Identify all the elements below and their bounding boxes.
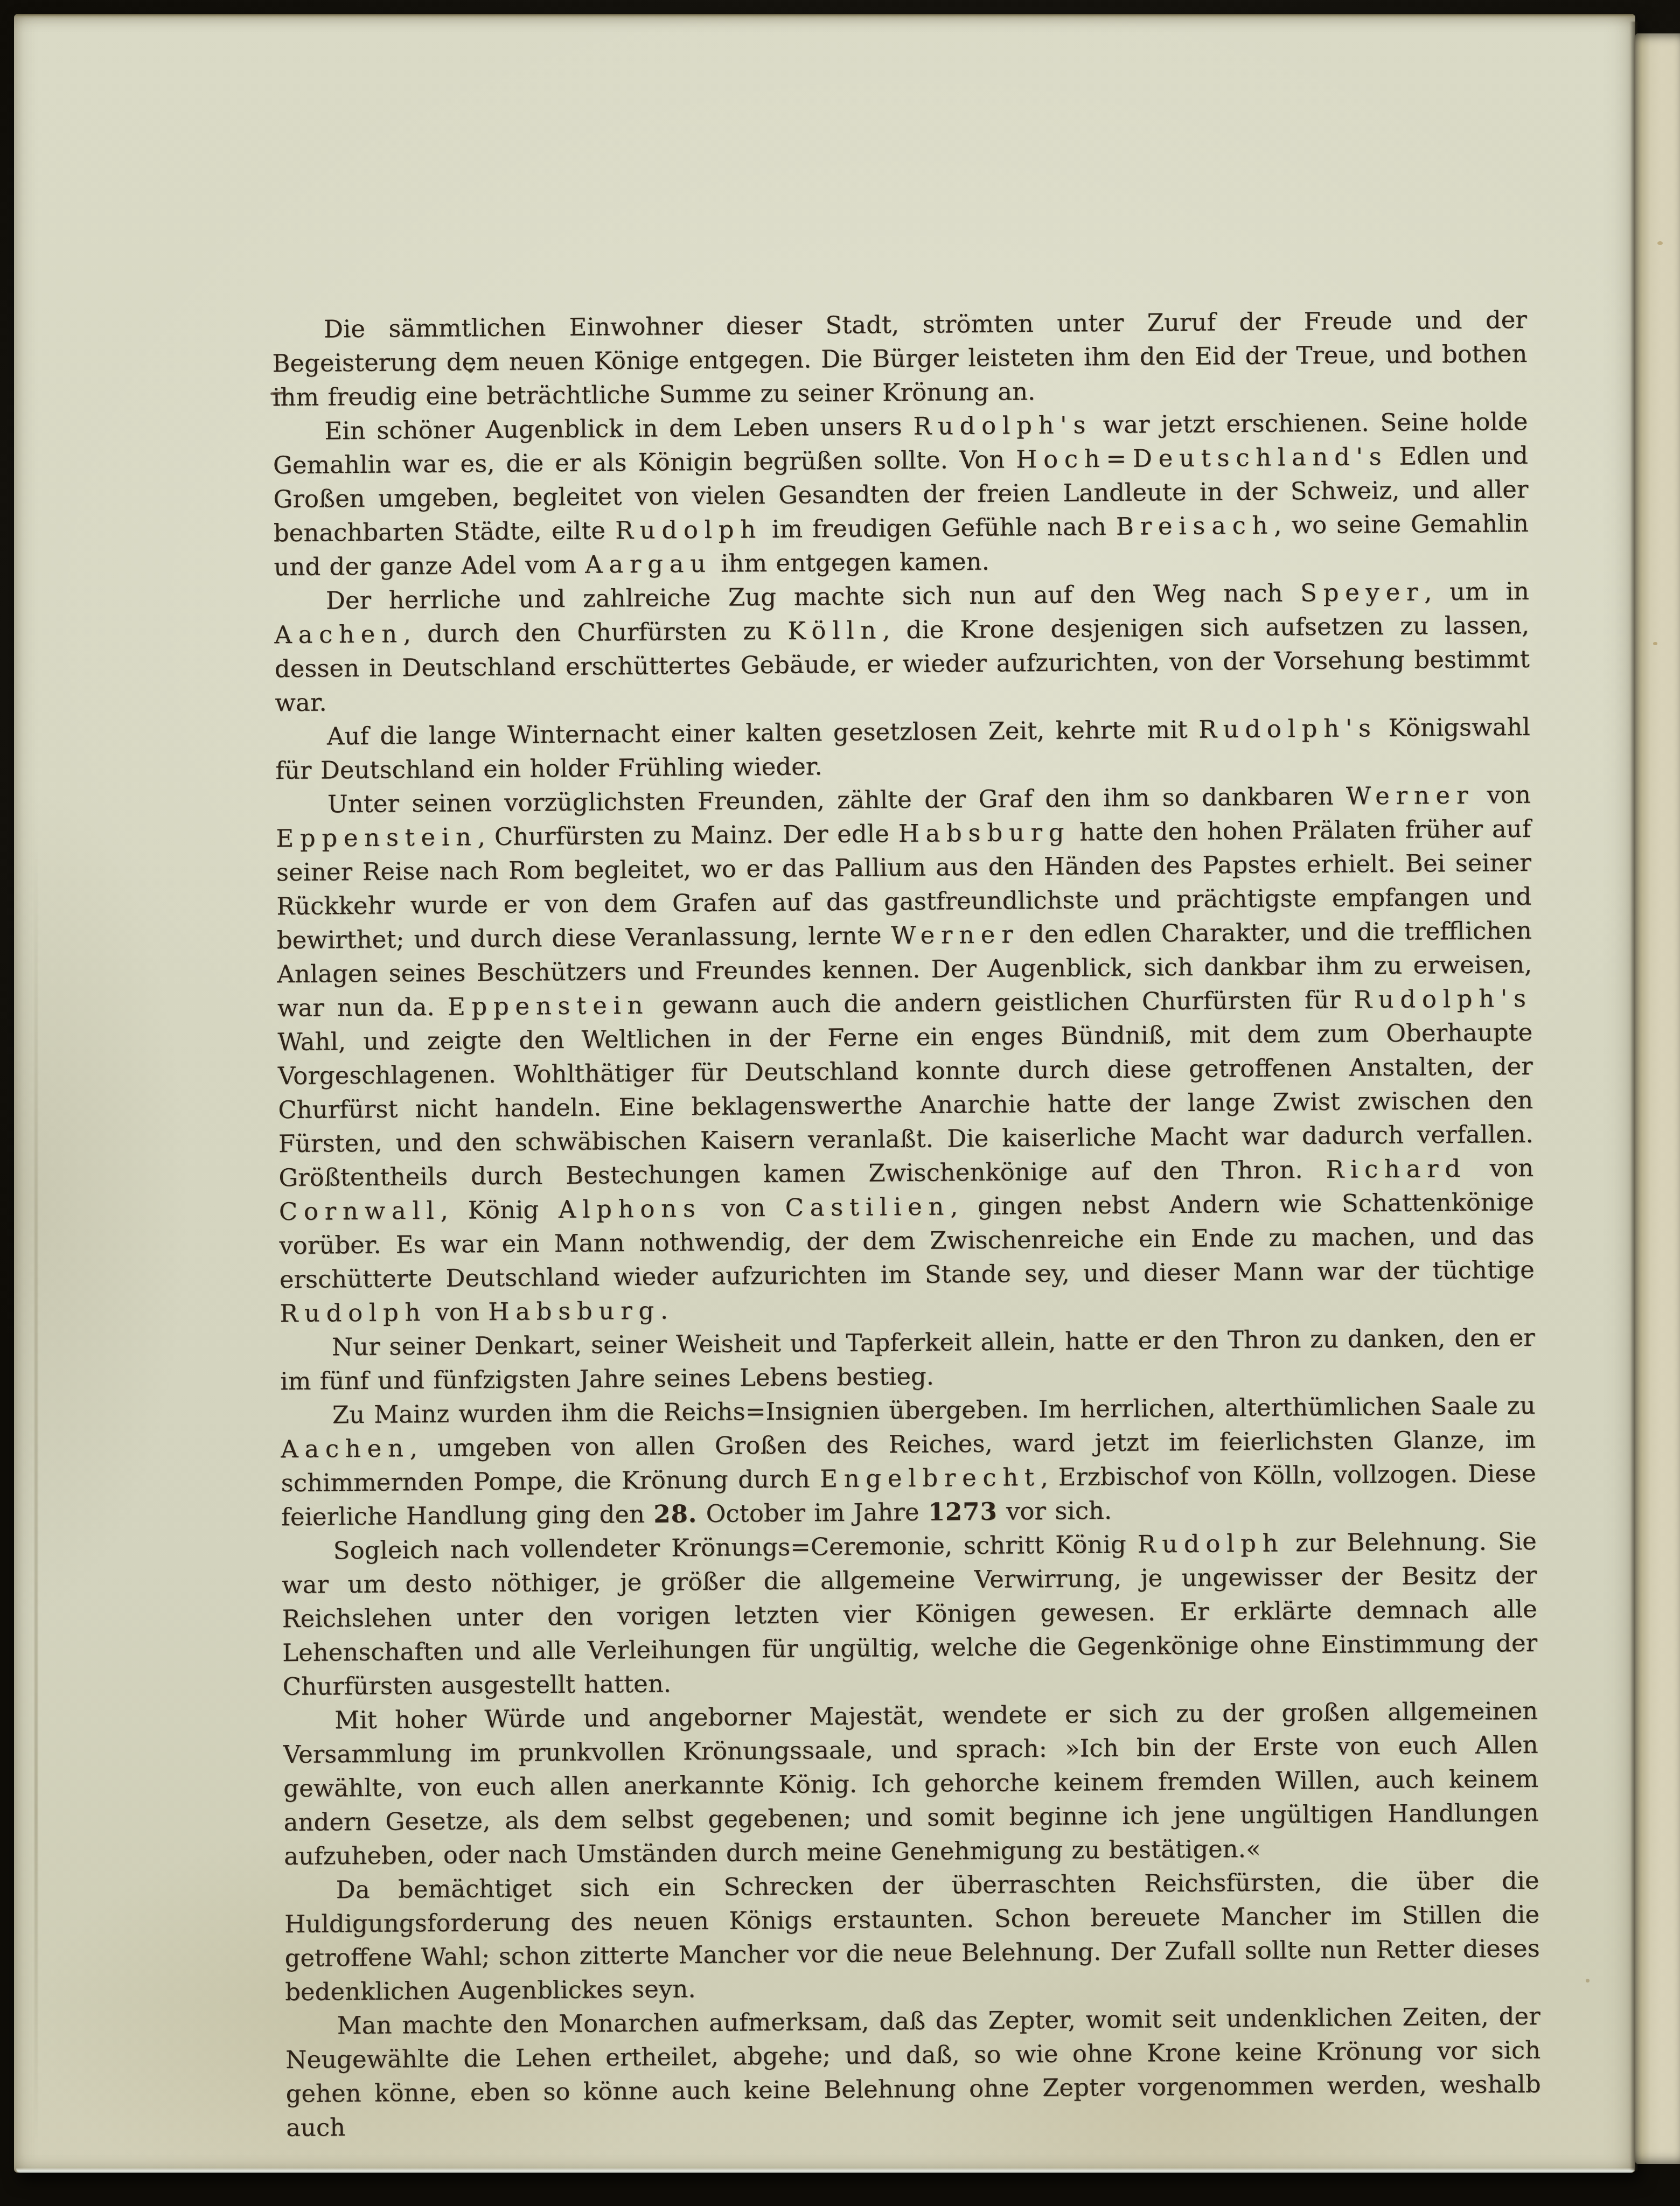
text-run: Sogleich nach vollendeter Krönungs=Cerem…: [333, 1530, 1138, 1565]
text-run: Die sämmtlichen Einwohner dieser Stadt, …: [272, 305, 1527, 411]
spaced-proper-name: Rudolph's: [1354, 984, 1532, 1014]
spaced-proper-name: Habsburg: [898, 818, 1070, 848]
text-run: , König: [440, 1195, 559, 1225]
paragraph: Mit hoher Würde und angeborner Majestät,…: [283, 1694, 1539, 1873]
text-run: von: [1474, 780, 1531, 809]
paper-fleck: [1586, 1979, 1590, 1982]
spaced-proper-name: Alphons: [559, 1194, 702, 1224]
spaced-proper-name: Habsburg: [488, 1296, 660, 1327]
antiqua-number: 1273: [928, 1497, 998, 1526]
spaced-proper-name: Aachen: [281, 1434, 410, 1463]
spaced-proper-name: Eppenstein: [448, 991, 650, 1021]
spaced-proper-name: Breisach: [1116, 511, 1274, 541]
paragraph: Auf die lange Winternacht einer kalten g…: [275, 710, 1531, 787]
text-run: , um in: [1424, 577, 1529, 606]
paragraph: Nur seiner Denkart, seiner Weisheit und …: [280, 1321, 1536, 1398]
paragraph: Man machte den Monarchen aufmerksam, daß…: [285, 1999, 1541, 2145]
spaced-proper-name: Werner: [1346, 781, 1474, 811]
text-run: , durch den Churfürsten zu: [403, 617, 787, 648]
spaced-proper-name: Richard: [1326, 1154, 1467, 1184]
spaced-proper-name: Rudolph: [280, 1298, 427, 1328]
spaced-proper-name: Hoch=Deutschland's: [1016, 442, 1388, 473]
page-crease: [34, 849, 38, 2140]
text-run: , Churfürsten zu Mainz. Der edle: [477, 819, 898, 851]
paragraph: Zu Mainz wurden ihm die Reichs=Insignien…: [281, 1388, 1537, 1534]
spaced-proper-name: Rudolph's: [1198, 714, 1377, 744]
text-run: Da bemächtiget sich ein Schrecken der üb…: [284, 1866, 1540, 2006]
text-run: Ein schöner Augenblick in dem Leben unse…: [324, 412, 913, 445]
antiqua-number: 28.: [653, 1499, 697, 1528]
text-run: Auf die lange Winternacht einer kalten g…: [327, 715, 1199, 751]
paragraph: Ein schöner Augenblick in dem Leben unse…: [273, 404, 1529, 584]
text-run: .: [660, 1296, 668, 1324]
paragraph: Der herrliche und zahlreiche Zug machte …: [274, 574, 1530, 720]
text-run: Zu Mainz wurden ihm die Reichs=Insignien…: [332, 1391, 1536, 1429]
text-run: Nur seiner Denkart, seiner Weisheit und …: [280, 1323, 1535, 1395]
spaced-proper-name: Speyer: [1300, 577, 1424, 607]
text-run: Mit hoher Würde und angeborner Majestät,…: [283, 1697, 1538, 1870]
ink-speck: [468, 368, 473, 373]
text-run: Der herrliche und zahlreiche Zug machte …: [326, 578, 1301, 615]
text-run: von: [701, 1193, 785, 1223]
scan-background: Die sämmtlichen Einwohner dieser Stadt, …: [0, 0, 1680, 2206]
paragraph: Die sämmtlichen Einwohner dieser Stadt, …: [272, 303, 1528, 414]
spaced-proper-name: Aargau: [585, 549, 712, 579]
spaced-proper-name: Kölln: [787, 616, 882, 645]
spaced-proper-name: Werner: [891, 920, 1019, 950]
spaced-proper-name: Aachen: [274, 619, 403, 649]
text-run: gewann auch die andern geistlichen Churf…: [649, 985, 1354, 1019]
paper-fleck: [1653, 642, 1657, 645]
paper-fleck: [1657, 241, 1663, 245]
text-block: Die sämmtlichen Einwohner dieser Stadt, …: [272, 303, 1542, 2145]
paragraph: Sogleich nach vollendeter Krönungs=Cerem…: [281, 1524, 1537, 1704]
text-run: von: [1467, 1154, 1534, 1183]
spaced-proper-name: Engelbrecht: [820, 1463, 1041, 1493]
spaced-proper-name: Rudolph's: [913, 410, 1092, 441]
text-run: October im Jahre: [697, 1498, 928, 1528]
spaced-proper-name: Rudolph: [1137, 1529, 1284, 1559]
spaced-proper-name: Eppenstein: [276, 822, 478, 853]
text-run: Unter seinen vorzüglichsten Freunden, zä…: [327, 782, 1346, 819]
text-run: Man machte den Monarchen aufmerksam, daß…: [285, 2002, 1541, 2142]
next-page-edge: [1635, 33, 1680, 2164]
spaced-proper-name: Rudolph: [615, 515, 762, 544]
text-run: vor sich.: [997, 1496, 1112, 1526]
text-run: ihm entgegen kamen.: [712, 547, 990, 578]
spaced-proper-name: Cornwall: [279, 1196, 441, 1226]
text-run: von: [427, 1297, 489, 1327]
book-page: Die sämmtlichen Einwohner dieser Stadt, …: [14, 14, 1635, 2173]
paragraph: Unter seinen vorzüglichsten Freunden, zä…: [276, 778, 1535, 1330]
paragraph: Da bemächtiget sich ein Schrecken der üb…: [284, 1863, 1540, 2009]
text-run: im freudigen Gefühle nach: [762, 512, 1116, 543]
spaced-proper-name: Castilien: [785, 1192, 950, 1221]
